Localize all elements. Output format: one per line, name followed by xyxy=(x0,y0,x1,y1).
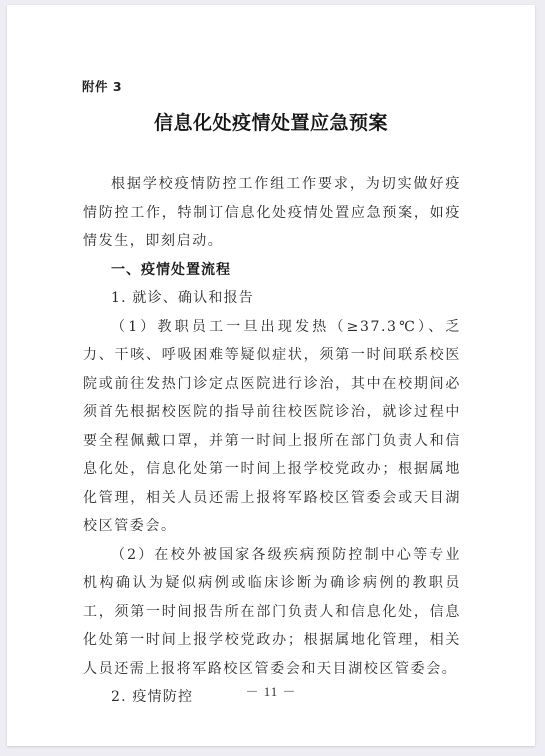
paragraph: （2）在校外被国家各级疾病预防控制中心等专业机构确认为疑似病例或临床诊断为确诊病… xyxy=(83,541,461,684)
document-body: 根据学校疫情防控工作组工作要求，为切实做好疫情防控工作，特制订信息化处疫情处置应… xyxy=(83,170,461,712)
section-heading: 一、疫情处置流程 xyxy=(83,256,461,285)
page-number: － 11 － xyxy=(7,681,535,700)
paragraph: （1）教职员工一旦出现发热（≥37.3℃）、乏力、干咳、呼吸困难等疑似症状，须第… xyxy=(83,313,461,541)
intro-paragraph: 根据学校疫情防控工作组工作要求，为切实做好疫情防控工作，特制订信息化处疫情处置应… xyxy=(83,170,461,256)
document-title: 信息化处疫情处置应急预案 xyxy=(7,108,535,135)
attachment-label: 附件 3 xyxy=(82,77,122,95)
subsection-heading: 1. 就诊、确认和报告 xyxy=(83,284,461,313)
document-page: 附件 3 信息化处疫情处置应急预案 根据学校疫情防控工作组工作要求，为切实做好疫… xyxy=(7,5,535,746)
